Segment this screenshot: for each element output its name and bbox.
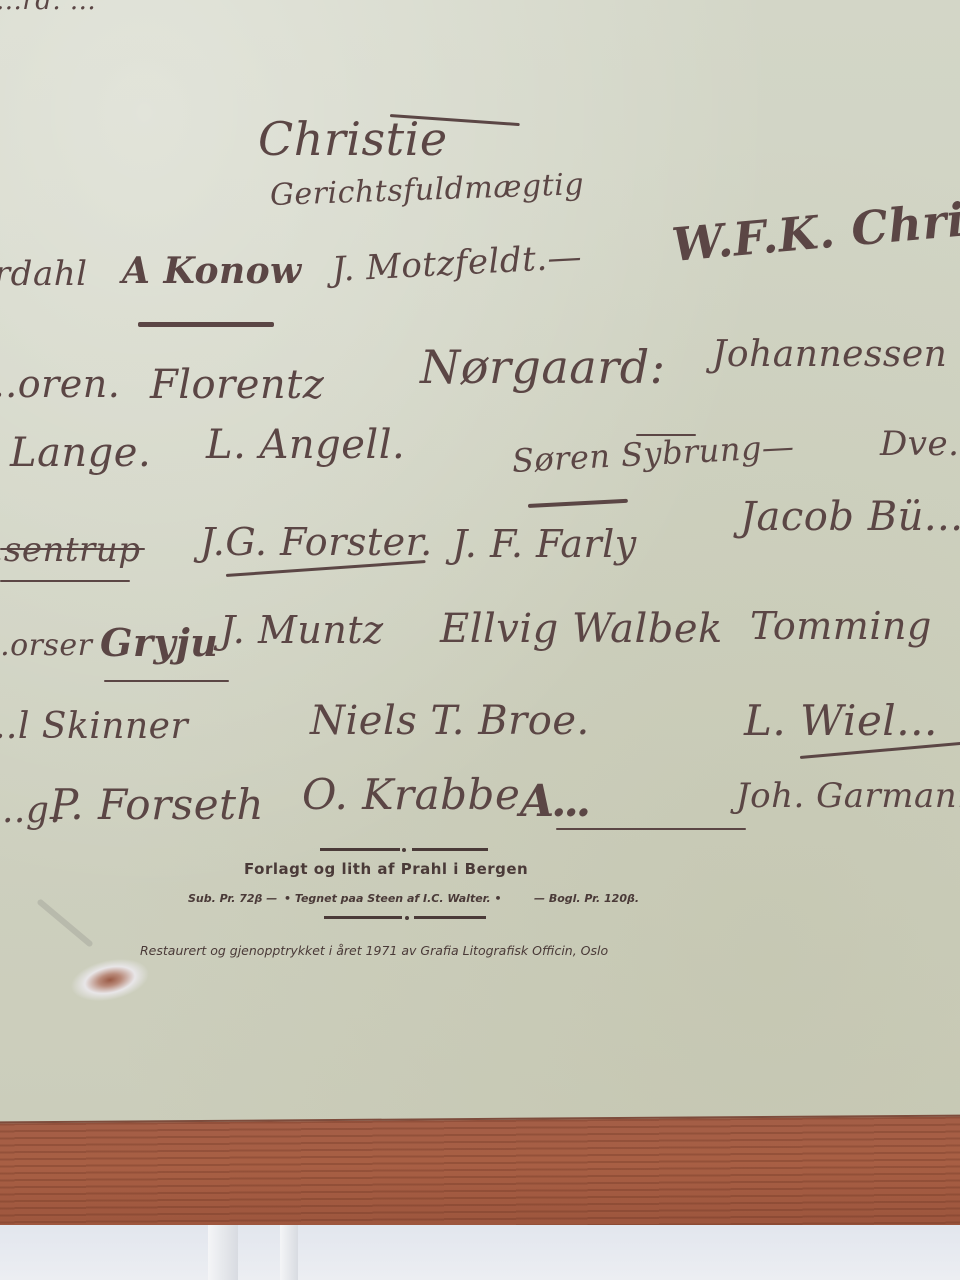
imprint-publisher-line: Forlagt og lith af Prahl i Bergen xyxy=(244,860,528,878)
imprint-bottom-rule-left xyxy=(324,916,402,919)
wall-background xyxy=(0,1225,960,1280)
signature-norgaard: Nørgaard: xyxy=(420,340,666,394)
imprint-bottom-rule-right xyxy=(414,916,486,919)
signature-konow: A Konow xyxy=(122,250,302,292)
flourish-scribble xyxy=(556,828,746,830)
signature-muntz: J. Muntz xyxy=(220,608,384,652)
flourish-r4-left-under xyxy=(0,580,130,582)
signature-florentz: Florentz xyxy=(150,362,324,408)
imprint-top-rule-right xyxy=(412,848,488,851)
imprint-drawn-by: • Tegnet paa Steen af I.C. Walter. • xyxy=(284,892,502,905)
signature-r4-left: ...sentrup xyxy=(0,530,140,570)
wall-bracket-2 xyxy=(280,1225,298,1280)
signature-scribble: A... xyxy=(520,776,588,827)
signature-ellvig-walbek: Ellvig Walbek xyxy=(440,606,723,652)
imprint-top-rule-left xyxy=(320,848,400,851)
wall-bracket xyxy=(208,1225,238,1280)
signature-r6-left: ...l Skinner xyxy=(0,706,188,747)
signature-johannessen: Johannessen xyxy=(712,334,947,375)
signature-forster: J.G. Forster. xyxy=(200,520,433,564)
flourish-sybrung xyxy=(636,434,696,436)
top-fragment: ...rd. ... xyxy=(0,0,96,16)
signature-lange: Lange. xyxy=(10,430,151,476)
signature-angell: L. Angell. xyxy=(206,422,405,468)
signature-r1-left: ...rdahl xyxy=(0,254,87,294)
signature-forseth: P. Forseth xyxy=(50,780,264,829)
signature-jacob: Jacob Bü... xyxy=(740,494,960,540)
flourish-gryju xyxy=(104,680,229,682)
flourish-r4-left-strike xyxy=(0,548,145,550)
signature-krabbe: O. Krabbe xyxy=(302,770,520,819)
signature-r5-left: ...orser xyxy=(0,628,93,663)
wooden-frame-bar xyxy=(0,1115,960,1234)
signature-farly: J. F. Farly xyxy=(452,522,637,566)
signature-r3-right: Dve... xyxy=(880,424,960,464)
signature-tomming: Tomming xyxy=(750,604,932,648)
signature-gryju: Gryju xyxy=(100,620,218,665)
imprint-sub-price: Sub. Pr. 72β — xyxy=(188,892,277,905)
restoration-note: Restaurert og gjenopptrykket i året 1971… xyxy=(140,943,608,958)
imprint-top-rule-dot xyxy=(402,848,406,852)
signature-niels-broe: Niels T. Broe. xyxy=(310,698,590,744)
signature-christie: Christie xyxy=(258,112,448,166)
signature-r2-left: ...oren. xyxy=(0,362,120,406)
flourish-konow xyxy=(138,322,274,327)
imprint-bottom-rule-dot xyxy=(405,916,409,920)
signature-wiel: L. Wiel... xyxy=(744,696,938,745)
signature-garmann: Joh. Garmann— xyxy=(736,776,960,816)
imprint-book-price: — Bogl. Pr. 120β. xyxy=(534,892,639,905)
